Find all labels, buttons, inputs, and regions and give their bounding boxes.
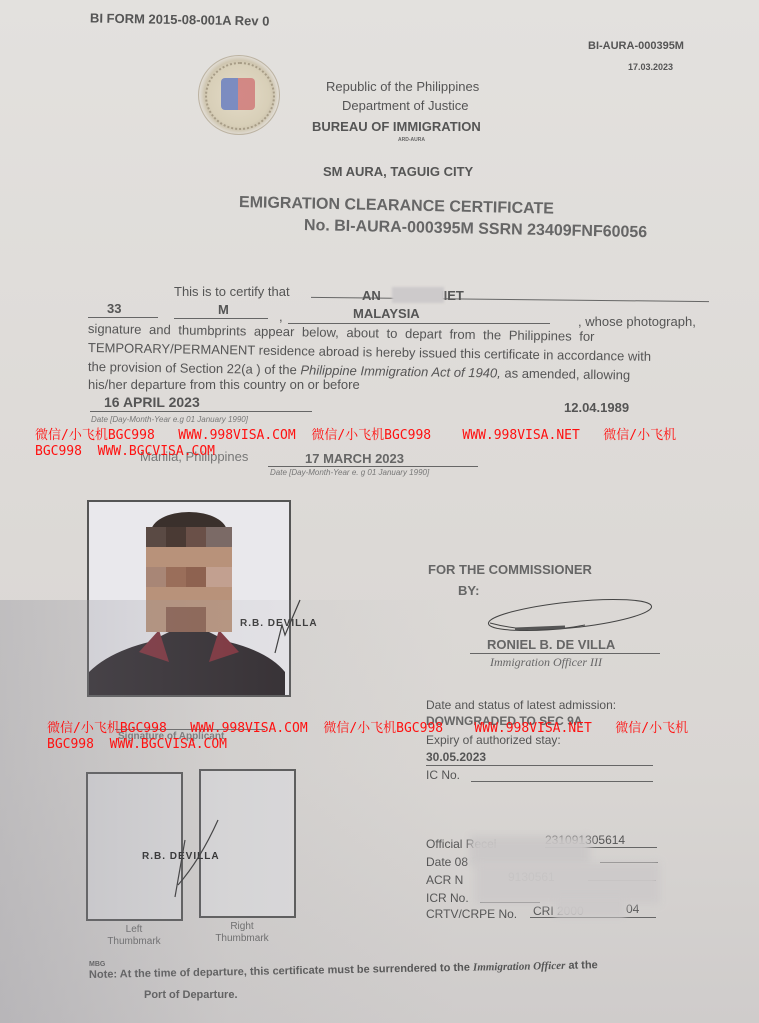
note-suffix: at the: [565, 959, 598, 972]
birth-date: 12.04.1989: [564, 400, 629, 415]
note-line-2: Port of Departure.: [144, 989, 238, 1001]
reference-date: 17.03.2023: [628, 62, 673, 72]
issue-date-underline: [268, 466, 478, 467]
issue-date-hint: Date [Day-Month-Year e. g 01 January 199…: [270, 468, 429, 477]
header-bureau: BUREAU OF IMMIGRATION: [312, 119, 481, 134]
watermark-row-2: 微信/小飞机BGC998 WWW.998VISA.COM 微信/小飞机BGC99…: [47, 721, 688, 753]
left-thumbmark-label: Left Thumbmark: [94, 924, 174, 948]
watermark-row-1-line-1: 微信/小飞机BGC998 WWW.998VISA.COM 微信/小飞机BGC99…: [35, 428, 676, 444]
watermark-row-1-line-2: BGC998 WWW.BGCVISA.COM: [35, 444, 676, 460]
bureau-seal-icon: [198, 55, 280, 135]
certificate-number: No. BI-AURA-000395M SSRN 23409FNF60056: [304, 217, 648, 242]
sex-value: M: [218, 302, 229, 317]
right-thumbmark-text: Right Thumbmark: [215, 921, 268, 944]
ic-label: IC No.: [426, 768, 460, 782]
left-thumbmark-box: [86, 772, 183, 921]
receipt-date-label: Date 08: [426, 855, 468, 869]
admission-label: Date and status of latest admission:: [426, 698, 616, 712]
acr-label: ACR N: [426, 873, 463, 887]
document-title: EMIGRATION CLEARANCE CERTIFICATE: [239, 194, 554, 219]
deadline-date-hint: Date [Day-Month-Year e.g 01 January 1990…: [91, 415, 248, 424]
ic-underline: [471, 781, 653, 782]
paragraph-line-4: his/her departure from this country on o…: [88, 377, 360, 392]
reference-number: BI-AURA-000395M: [588, 40, 684, 52]
note-line-1: Note: At the time of departure, this cer…: [89, 959, 598, 981]
note-prefix: Note: At the time of departure, this cer…: [89, 962, 473, 981]
applicant-photo: [87, 500, 291, 697]
officer-name-underline: [470, 653, 660, 654]
seal-shield: [221, 78, 255, 110]
person-photo-icon: [89, 502, 289, 695]
departure-deadline: 16 APRIL 2023: [104, 394, 200, 410]
certify-label: This is to certify that: [174, 284, 290, 299]
paragraph-line-3-b: as amended, allowing: [501, 365, 631, 382]
age-value: 33: [107, 301, 121, 316]
expiry-underline: [426, 765, 653, 766]
whose-photograph-text: , whose photograph,: [578, 314, 696, 329]
header-office-code: ARD-AURA: [398, 137, 425, 143]
initials: MBG: [89, 961, 105, 968]
redaction-blur-receipt-3: [555, 896, 625, 918]
header-republic: Republic of the Philippines: [326, 79, 479, 94]
signature-mark-1: [270, 595, 310, 655]
officer-name: RONIEL B. DE VILLA: [487, 637, 615, 652]
deadline-underline: [90, 411, 312, 412]
paragraph-line-3-a: the provision of Section 22(a ) of the: [88, 359, 301, 377]
redaction-blur: [392, 287, 444, 303]
header-location: SM AURA, TAGUIG CITY: [323, 164, 473, 179]
watermark-row-2-line-2: BGC998 WWW.BGCVISA.COM: [47, 737, 688, 753]
for-the-commissioner: FOR THE COMMISSIONER: [428, 562, 592, 577]
left-thumbmark-text: Left Thumbmark: [107, 924, 160, 947]
header-department: Department of Justice: [342, 98, 468, 113]
crtv-label: CRTV/CRPE No.: [426, 907, 517, 921]
right-thumbmark-label: Right Thumbmark: [202, 921, 282, 945]
comma: ,: [279, 309, 283, 324]
officer-title: Immigration Officer III: [490, 655, 602, 670]
officer-signature: [475, 595, 660, 640]
watermark-row-1: 微信/小飞机BGC998 WWW.998VISA.COM 微信/小飞机BGC99…: [35, 428, 676, 460]
crtv-suffix: 04: [626, 902, 639, 916]
age-underline: [88, 317, 158, 318]
note-officer: Immigration Officer: [473, 960, 566, 974]
nationality-value: MALAYSIA: [353, 306, 420, 321]
watermark-row-2-line-1: 微信/小飞机BGC998 WWW.998VISA.COM 微信/小飞机BGC99…: [47, 721, 688, 737]
icr-label: ICR No.: [426, 891, 469, 905]
form-number: BI FORM 2015-08-001A Rev 0: [90, 10, 270, 28]
certificate-page: BI FORM 2015-08-001A Rev 0 BI-AURA-00039…: [0, 0, 759, 1023]
signature-mark-2: [170, 815, 220, 900]
sex-underline: [174, 318, 268, 319]
